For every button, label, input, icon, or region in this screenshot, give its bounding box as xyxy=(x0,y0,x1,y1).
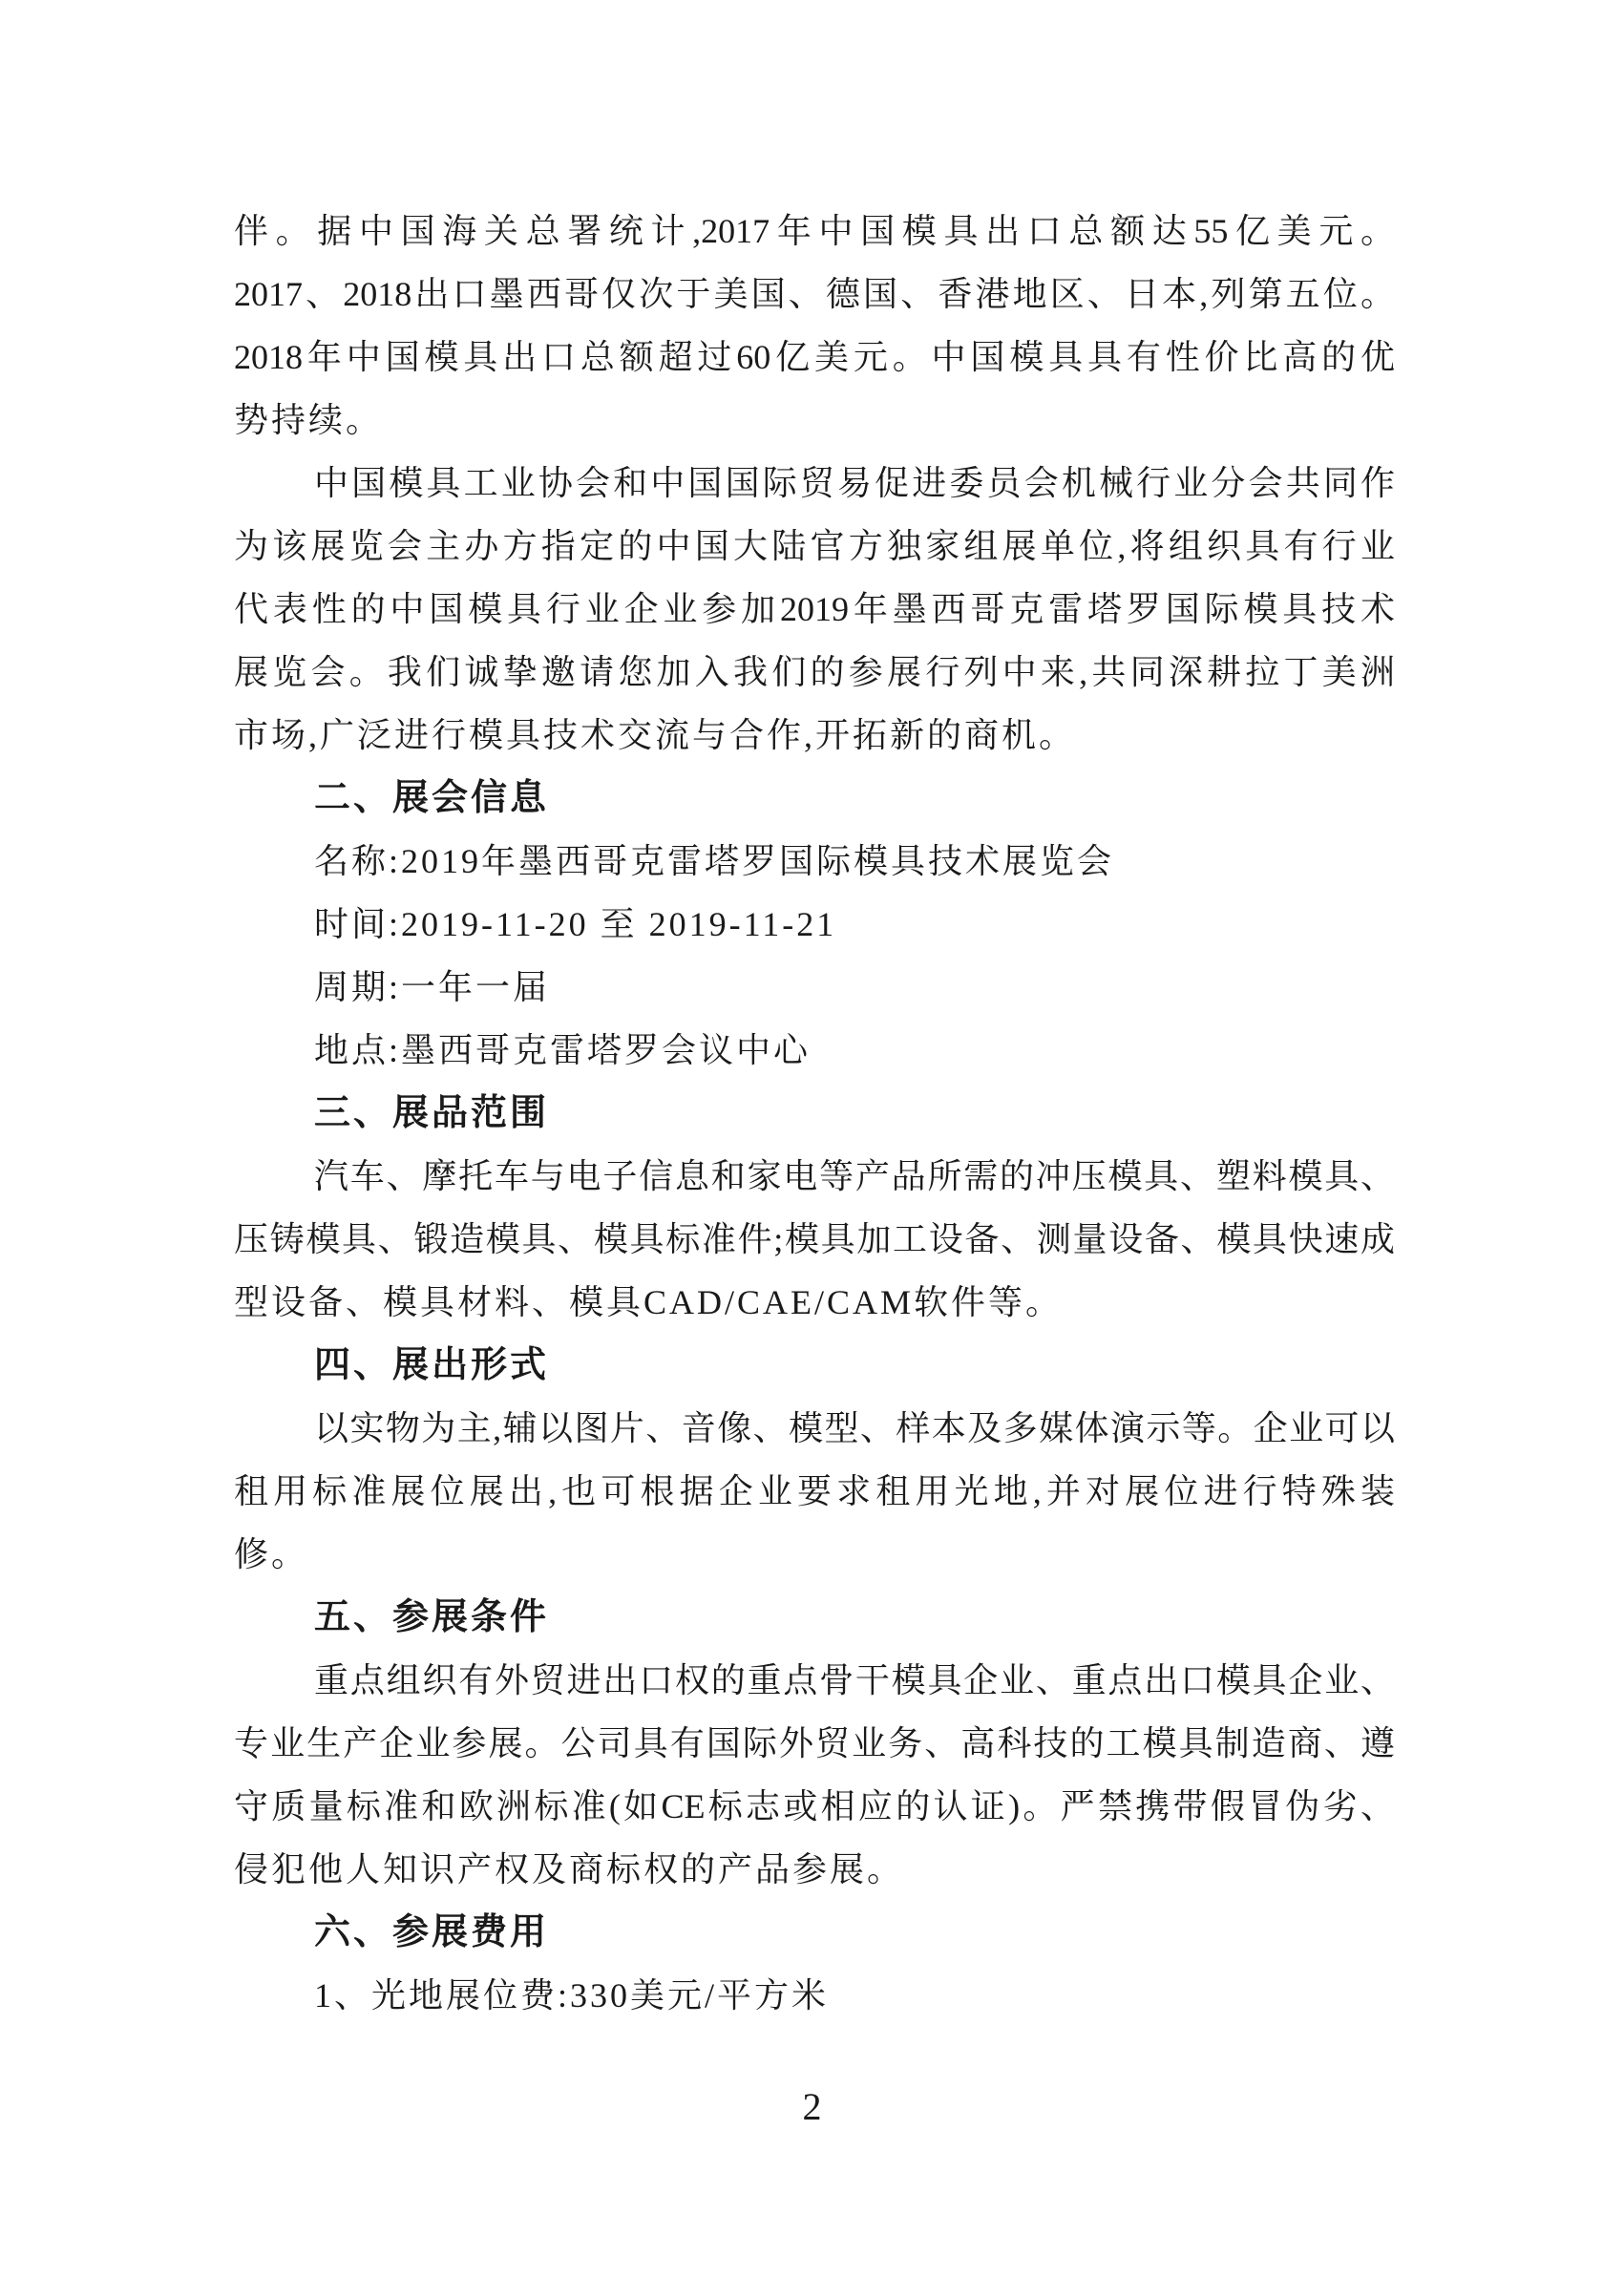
text-line: 守质量标准和欧洲标准(如CE标志或相应的认证)。严禁携带假冒伪劣、 xyxy=(234,1775,1395,1838)
section-heading: 三、展品范围 xyxy=(234,1082,1395,1145)
text-line: 2018年中国模具出口总额超过60亿美元。中国模具具有性价比高的优 xyxy=(234,326,1395,389)
document-body: 伴。据中国海关总署统计,2017年中国模具出口总额达55亿美元。2017、201… xyxy=(234,200,1395,2027)
text-line: 以实物为主,辅以图片、音像、模型、样本及多媒体演示等。企业可以 xyxy=(234,1397,1395,1460)
text-line: 2017、2018出口墨西哥仅次于美国、德国、香港地区、日本,列第五位。 xyxy=(234,263,1395,326)
section-heading: 四、展出形式 xyxy=(234,1334,1395,1397)
section-heading: 五、参展条件 xyxy=(234,1586,1395,1649)
text-line: 专业生产企业参展。公司具有国际外贸业务、高科技的工模具制造商、遵 xyxy=(234,1712,1395,1775)
text-line: 代表性的中国模具行业企业参加2019年墨西哥克雷塔罗国际模具技术 xyxy=(234,578,1395,641)
text-line: 修。 xyxy=(234,1523,1395,1586)
text-line: 汽车、摩托车与电子信息和家电等产品所需的冲压模具、塑料模具、 xyxy=(234,1145,1395,1208)
text-line: 中国模具工业协会和中国国际贸易促进委员会机械行业分会共同作 xyxy=(234,452,1395,515)
text-line: 1、光地展位费:330美元/平方米 xyxy=(234,1964,1395,2027)
page-number: 2 xyxy=(0,2086,1624,2128)
section-heading: 二、展会信息 xyxy=(234,767,1395,830)
document-page: 伴。据中国海关总署统计,2017年中国模具出口总额达55亿美元。2017、201… xyxy=(0,0,1624,2278)
section-heading: 六、参展费用 xyxy=(234,1901,1395,1964)
text-line: 侵犯他人知识产权及商标权的产品参展。 xyxy=(234,1838,1395,1901)
text-line: 势持续。 xyxy=(234,389,1395,452)
text-line: 市场,广泛进行模具技术交流与合作,开拓新的商机。 xyxy=(234,704,1395,767)
text-line: 名称:2019年墨西哥克雷塔罗国际模具技术展览会 xyxy=(234,830,1395,893)
text-line: 伴。据中国海关总署统计,2017年中国模具出口总额达55亿美元。 xyxy=(234,200,1395,263)
text-line: 压铸模具、锻造模具、模具标准件;模具加工设备、测量设备、模具快速成 xyxy=(234,1208,1395,1271)
text-line: 展览会。我们诚挚邀请您加入我们的参展行列中来,共同深耕拉丁美洲 xyxy=(234,641,1395,704)
text-line: 型设备、模具材料、模具CAD/CAE/CAM软件等。 xyxy=(234,1271,1395,1334)
text-line: 重点组织有外贸进出口权的重点骨干模具企业、重点出口模具企业、 xyxy=(234,1649,1395,1712)
text-line: 地点:墨西哥克雷塔罗会议中心 xyxy=(234,1019,1395,1082)
text-line: 为该展览会主办方指定的中国大陆官方独家组展单位,将组织具有行业 xyxy=(234,515,1395,578)
text-line: 租用标准展位展出,也可根据企业要求租用光地,并对展位进行特殊装 xyxy=(234,1460,1395,1523)
text-line: 周期:一年一届 xyxy=(234,956,1395,1019)
text-line: 时间:2019-11-20 至 2019-11-21 xyxy=(234,893,1395,956)
